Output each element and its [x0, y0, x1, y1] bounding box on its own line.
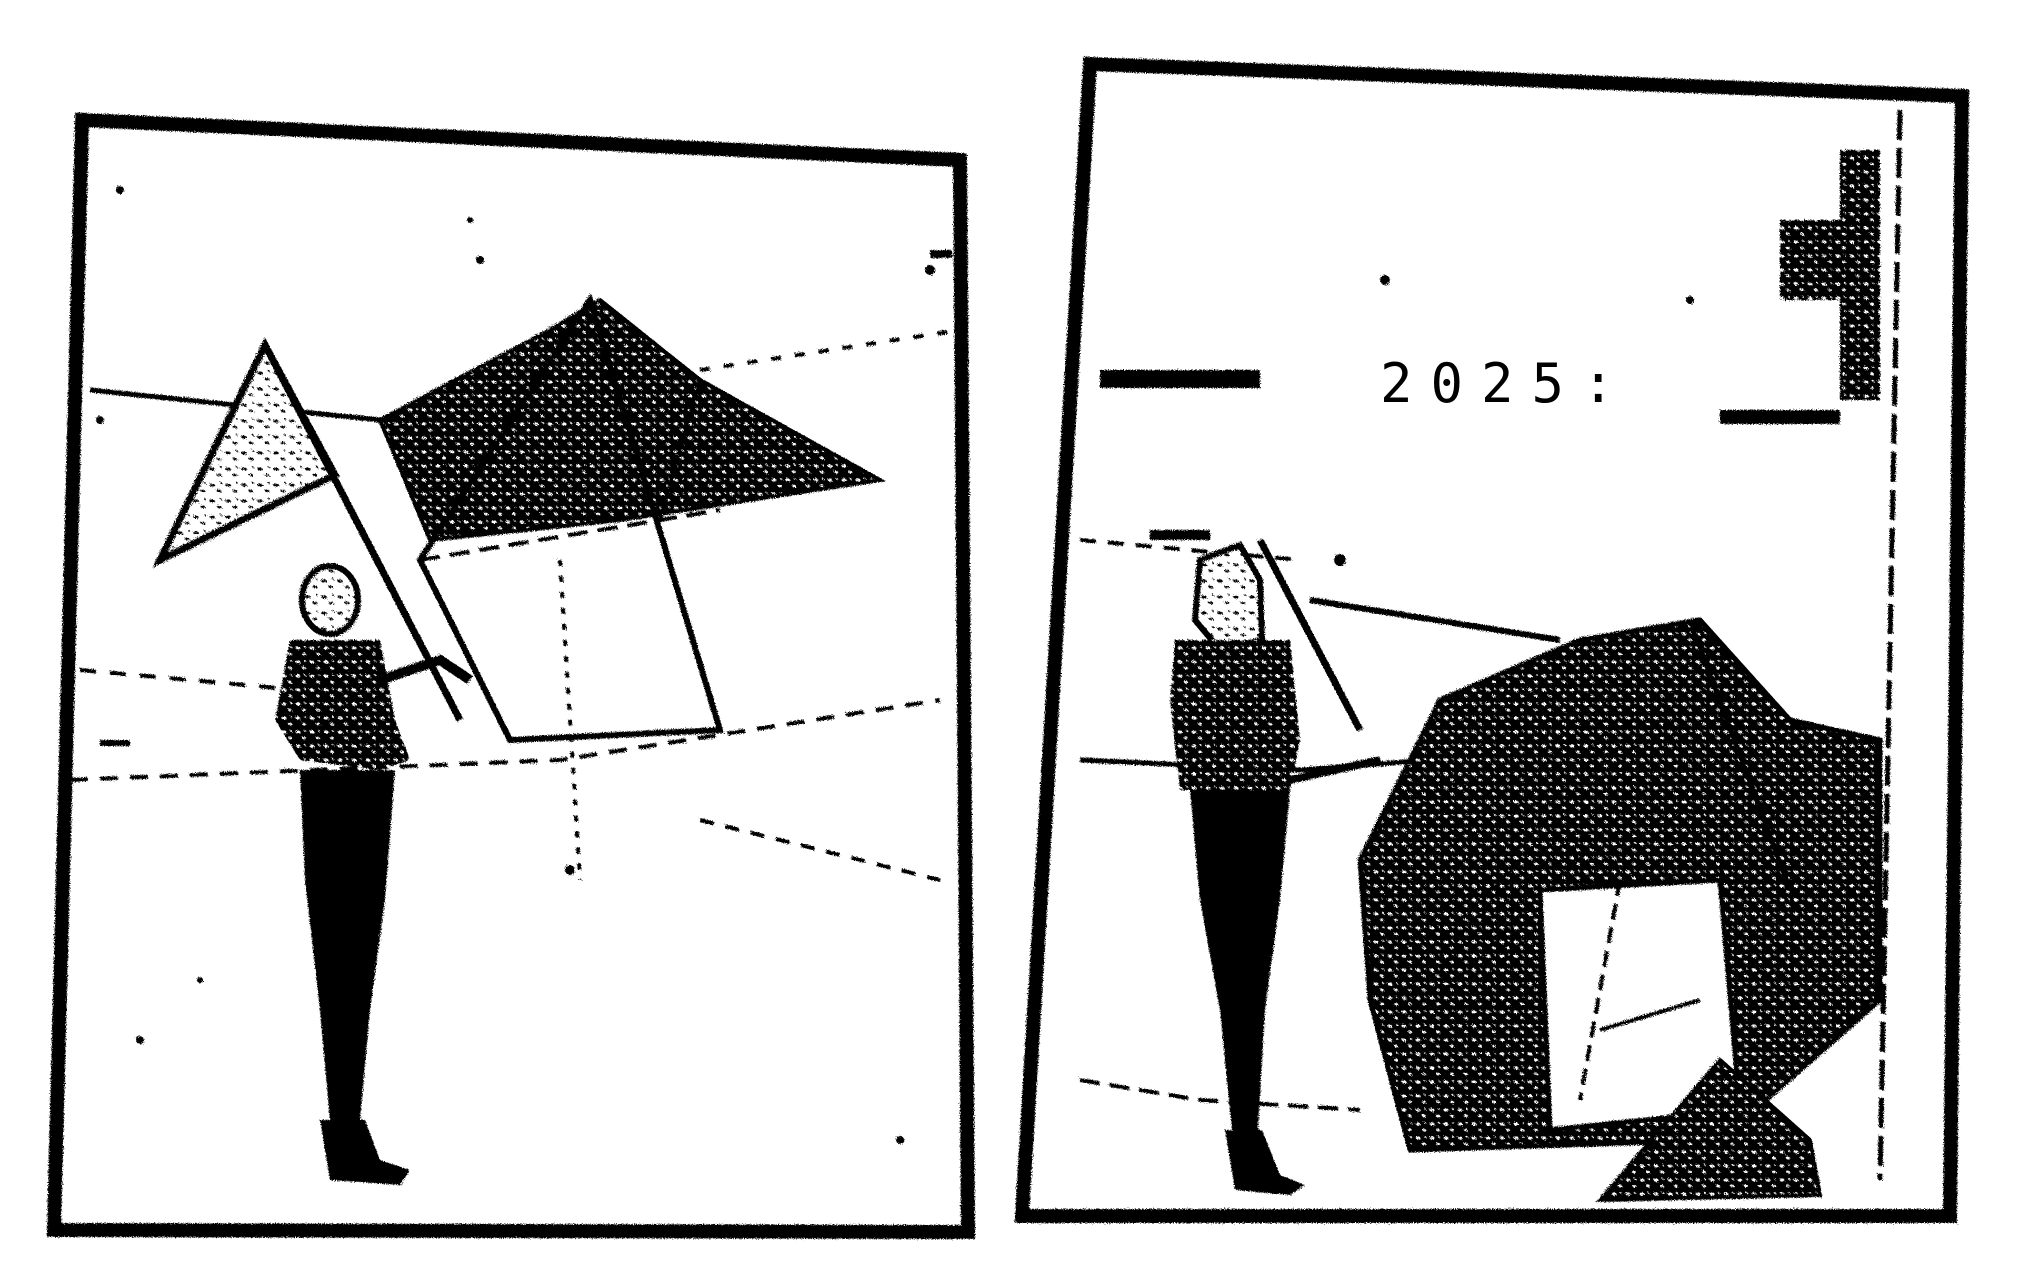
kite-top — [160, 345, 335, 560]
left-panel — [54, 120, 968, 1232]
left-panel-frame — [54, 120, 968, 1232]
person-right — [1170, 545, 1305, 1195]
right-panel — [1022, 64, 1962, 1216]
caption-year: 2025: — [1380, 352, 1633, 415]
illustration-canvas — [0, 0, 2026, 1284]
person-left — [275, 566, 470, 1185]
